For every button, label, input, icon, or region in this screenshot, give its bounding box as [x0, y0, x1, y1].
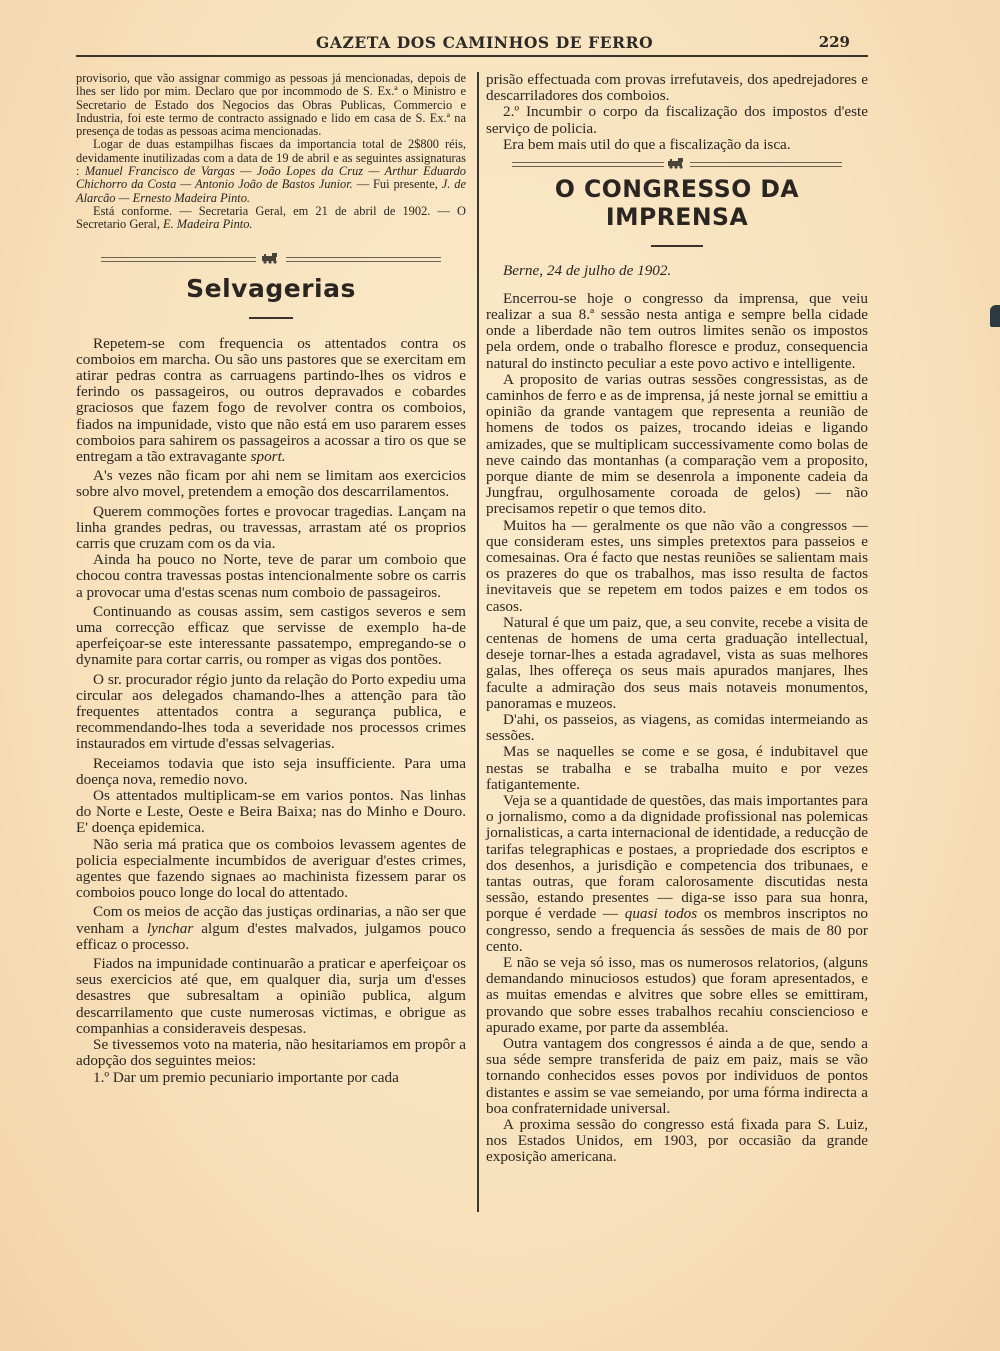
- paragraph: Os attentados multiplicam-se em varios p…: [76, 788, 466, 837]
- title-rule: [651, 245, 703, 247]
- paragraph: O sr. procurador régio junto da relação …: [76, 672, 466, 753]
- paragraph: Veja se a quantidade de questões, das ma…: [486, 793, 868, 955]
- locomotive-ornament-icon: [666, 157, 688, 169]
- page-edge-mark: [990, 305, 1000, 327]
- paragraph: provisorio, que vão assignar commigo as …: [76, 72, 466, 138]
- title-rule: [249, 317, 293, 319]
- dateline: Berne, 24 de julho de 1902.: [486, 263, 868, 279]
- article-title-congresso: O CONGRESSO DA IMPRENSA: [490, 175, 864, 231]
- article-body-selvagerias: Repetem-se com frequencia os attentados …: [76, 336, 466, 1086]
- paragraph: prisão effectuada com provas irrefutavei…: [486, 72, 868, 104]
- left-column: provisorio, que vão assignar commigo as …: [76, 72, 466, 1086]
- paragraph: E não se veja só isso, mas os numerosos …: [486, 955, 868, 1036]
- paragraph: Natural é que um paiz, que, a seu convit…: [486, 615, 868, 712]
- publication-title: GAZETA DOS CAMINHOS DE FERRO: [316, 33, 653, 52]
- paragraph: Receiamos todavia que isto seja insuffic…: [76, 756, 466, 788]
- locomotive-ornament-icon: [260, 252, 282, 264]
- paragraph: Muitos ha — geralmente os que não vão a …: [486, 518, 868, 615]
- paragraph: Querem commoções fortes e provocar trage…: [76, 504, 466, 553]
- paragraph: Não seria má pratica que os comboios lev…: [76, 837, 466, 902]
- paragraph: Está conforme. — Secretaria Geral, em 21…: [76, 205, 466, 232]
- secretary-name: E. Madeira Pinto.: [163, 217, 252, 231]
- right-column: prisão effectuada com provas irrefutavei…: [486, 72, 868, 1166]
- page-number: 229: [819, 33, 850, 51]
- paragraph: A proposito de varias outras sessões con…: [486, 372, 868, 518]
- paragraph: Logar de duas estampilhas fiscaes da imp…: [76, 138, 466, 204]
- paragraph: Encerrou-se hoje o congresso da imprensa…: [486, 291, 868, 372]
- ornament-divider: [512, 157, 842, 171]
- contract-continuation: provisorio, que vão assignar commigo as …: [76, 72, 466, 232]
- article-body-congresso: Encerrou-se hoje o congresso da imprensa…: [486, 291, 868, 1166]
- paragraph: Repetem-se com frequencia os attentados …: [76, 336, 466, 466]
- paragraph: Fiados na impunidade continuarão a prati…: [76, 956, 466, 1037]
- paragraph: Se tivessemos voto na materia, não hesit…: [76, 1037, 466, 1069]
- paragraph: A proxima sessão do congresso está fixad…: [486, 1117, 868, 1166]
- paragraph: Continuando as cousas assim, sem castigo…: [76, 604, 466, 669]
- paragraph: 2.º Incumbir o corpo da fiscalização dos…: [486, 104, 868, 136]
- column-divider: [477, 72, 479, 1212]
- paragraph: Ainda ha pouco no Norte, teve de parar u…: [76, 552, 466, 601]
- paragraph: Era bem mais util do que a fiscalização …: [486, 137, 868, 153]
- paragraph: Com os meios de acção das justiças ordin…: [76, 904, 466, 953]
- paragraph: D'ahi, os passeios, as viagens, as comid…: [486, 712, 868, 744]
- paragraph: Mas se naquelles se come e se gosa, é in…: [486, 744, 868, 793]
- ornament-divider: [101, 252, 441, 266]
- paragraph: 1.º Dar um premio pecuniario importante …: [76, 1070, 466, 1086]
- article-title-selvagerias: Selvagerias: [76, 274, 466, 303]
- running-header: GAZETA DOS CAMINHOS DE FERRO 229: [76, 33, 868, 57]
- paragraph: Outra vantagem dos congressos é ainda a …: [486, 1036, 868, 1117]
- paragraph: A's vezes não ficam por ahi nem se limit…: [76, 468, 466, 500]
